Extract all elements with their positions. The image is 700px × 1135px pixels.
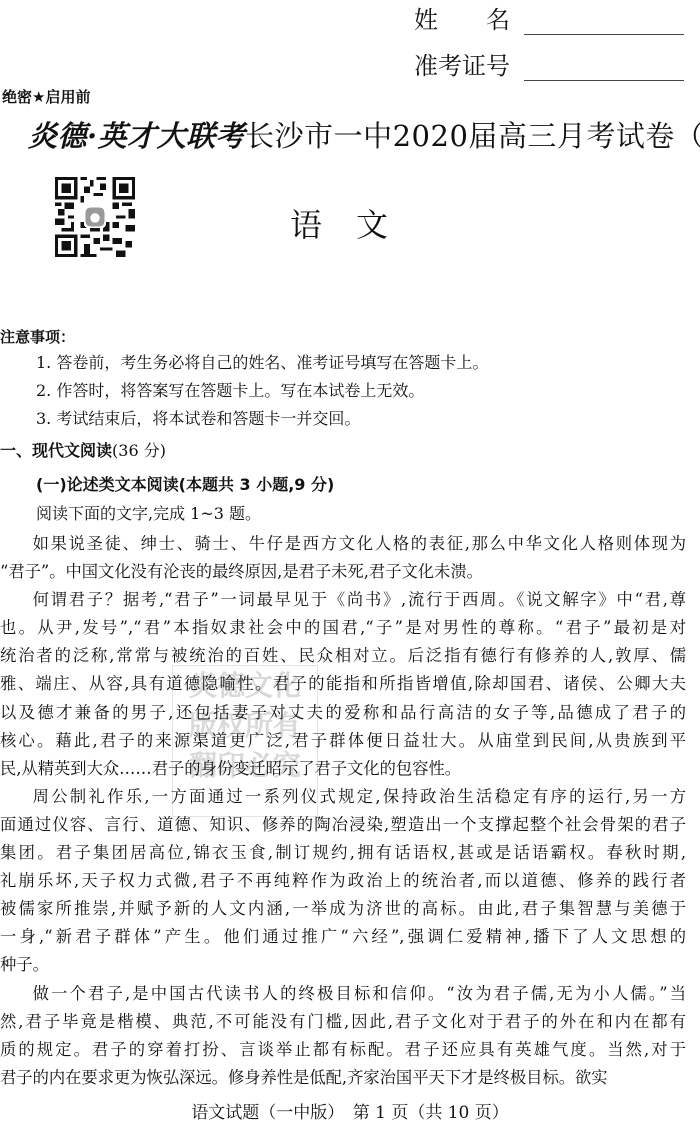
passage-line: 质的规定。君子的穿着打扮、言谈举止都有标配。君子还应具有英雄气度。当然,对于	[0, 1036, 686, 1064]
exam-id-field: 准考证号	[414, 46, 684, 81]
passage-line: 如果说圣徒、绅士、骑士、牛仔是西方文化人格的表征,那么中华文化人格则体现为	[0, 530, 686, 558]
passage-line: 雅、端庄、从容,具有道德隐喻性。君子的能指和所指皆增值,除却国君、诸侯、公卿大夫	[0, 670, 686, 698]
exam-id-blank-line	[524, 54, 684, 81]
passage-line: 种子。	[0, 951, 686, 979]
passage-line: 一身,“新君子群体”产生。他们通过推广“六经”,强调仁爱精神,播下了人文思想的	[0, 923, 686, 951]
passage-line: 统治者的泛称,常常与被统治的百姓、民众相对立。后泛指有德行有修养的人,敦厚、儒	[0, 642, 686, 670]
passage-line: 被儒家所推崇,并赋予新的人文内涵,一举成为济世的高标。由此,君子集智慧与美德于	[0, 895, 686, 923]
passage-line: 民,从精英到大众……君子的身份变迁昭示了君子文化的包容性。	[0, 755, 686, 783]
passage-line: 集团。君子集团居高位,锦衣玉食,制订规约,拥有话语权,甚或是话语霸权。春秋时期,	[0, 839, 686, 867]
section-heading-score: (36 分)	[112, 441, 166, 460]
subsection-heading: (一)论述类文本阅读(本题共 3 小题,9 分)	[36, 472, 334, 495]
passage-line: 何谓君子？据考,“君子”一词最早见于《尚书》,流行于西周。《说文解字》中“君,尊	[0, 586, 686, 614]
name-field: 姓 名	[414, 0, 684, 35]
notice-heading: 注意事项：	[0, 326, 75, 347]
name-blank-line	[524, 8, 684, 35]
name-label: 姓 名	[414, 0, 522, 35]
section-heading: 一、现代文阅读(36 分)	[0, 438, 166, 461]
qr-code-icon	[55, 177, 135, 257]
page-footer: 语文试题（一中版） 第 1 页（共 10 页）	[0, 1098, 700, 1123]
subject-title: 语文	[290, 200, 422, 246]
passage-line: 周公制礼作乐,一方面通过一系列仪式规定,保持政治生活稳定有序的运行,另一方	[0, 783, 686, 811]
passage-line: 也。从尹,发号”,“君”本指奴隶社会中的国君,“子”是对男性的尊称。“君子”最初…	[0, 614, 686, 642]
passage-line: 面通过仪容、言行、道德、知识、修养的陶冶浸染,塑造出一个支撑起整个社会骨架的君子	[0, 811, 686, 839]
passage-line: 君子的内在要求更为恢弘深远。修身养性是低配,齐家治国平天下才是终极目标。欲实	[0, 1064, 686, 1092]
exam-brand: 炎德·英才大联考	[28, 119, 245, 153]
exam-id-label: 准考证号	[414, 46, 522, 81]
passage-line: 然,君子毕竟是楷模、典范,不可能没有门槛,因此,君子文化对于君子的外在和内在都有	[0, 1008, 686, 1036]
passage-line: 以及德才兼备的男子,还包括妻子对丈夫的爱称和品行高洁的女子等,品德成了君子的	[0, 699, 686, 727]
passage-line: 核心。藉此,君子的来源渠道更广泛,君子群体便日益壮大。从庙堂到民间,从贵族到平	[0, 727, 686, 755]
notice-item: 2. 作答时，将答案写在答题卡上。写在本试卷上无效。	[36, 378, 424, 401]
passage-line: 礼崩乐坏,天子权力式微,君子不再纯粹作为政治上的统治者,而以道德、修养的践行者	[0, 867, 686, 895]
exam-title: 炎德·英才大联考长沙市一中2020届高三月考试卷（八）	[28, 114, 700, 155]
exam-title-rest: 长沙市一中2020届高三月考试卷（八）	[245, 119, 700, 153]
notice-item: 1. 答卷前，考生务必将自己的姓名、准考证号填写在答题卡上。	[36, 350, 488, 373]
reading-instruction: 阅读下面的文字,完成 1~3 题。	[36, 501, 261, 524]
secret-mark: 绝密★启用前	[2, 86, 90, 107]
section-heading-title: 一、现代文阅读	[0, 441, 112, 460]
passage-line: “君子”。中国文化没有沦丧的最终原因,是君子未死,君子文化未溃。	[0, 558, 686, 586]
passage-line: 做一个君子,是中国古代读书人的终极目标和信仰。“汝为君子儒,无为小人儒。”当	[0, 980, 686, 1008]
notice-item: 3. 考试结束后，将本试卷和答题卡一并交回。	[36, 406, 360, 429]
passage: 如果说圣徒、绅士、骑士、牛仔是西方文化人格的表征,那么中华文化人格则体现为“君子…	[0, 530, 686, 1092]
